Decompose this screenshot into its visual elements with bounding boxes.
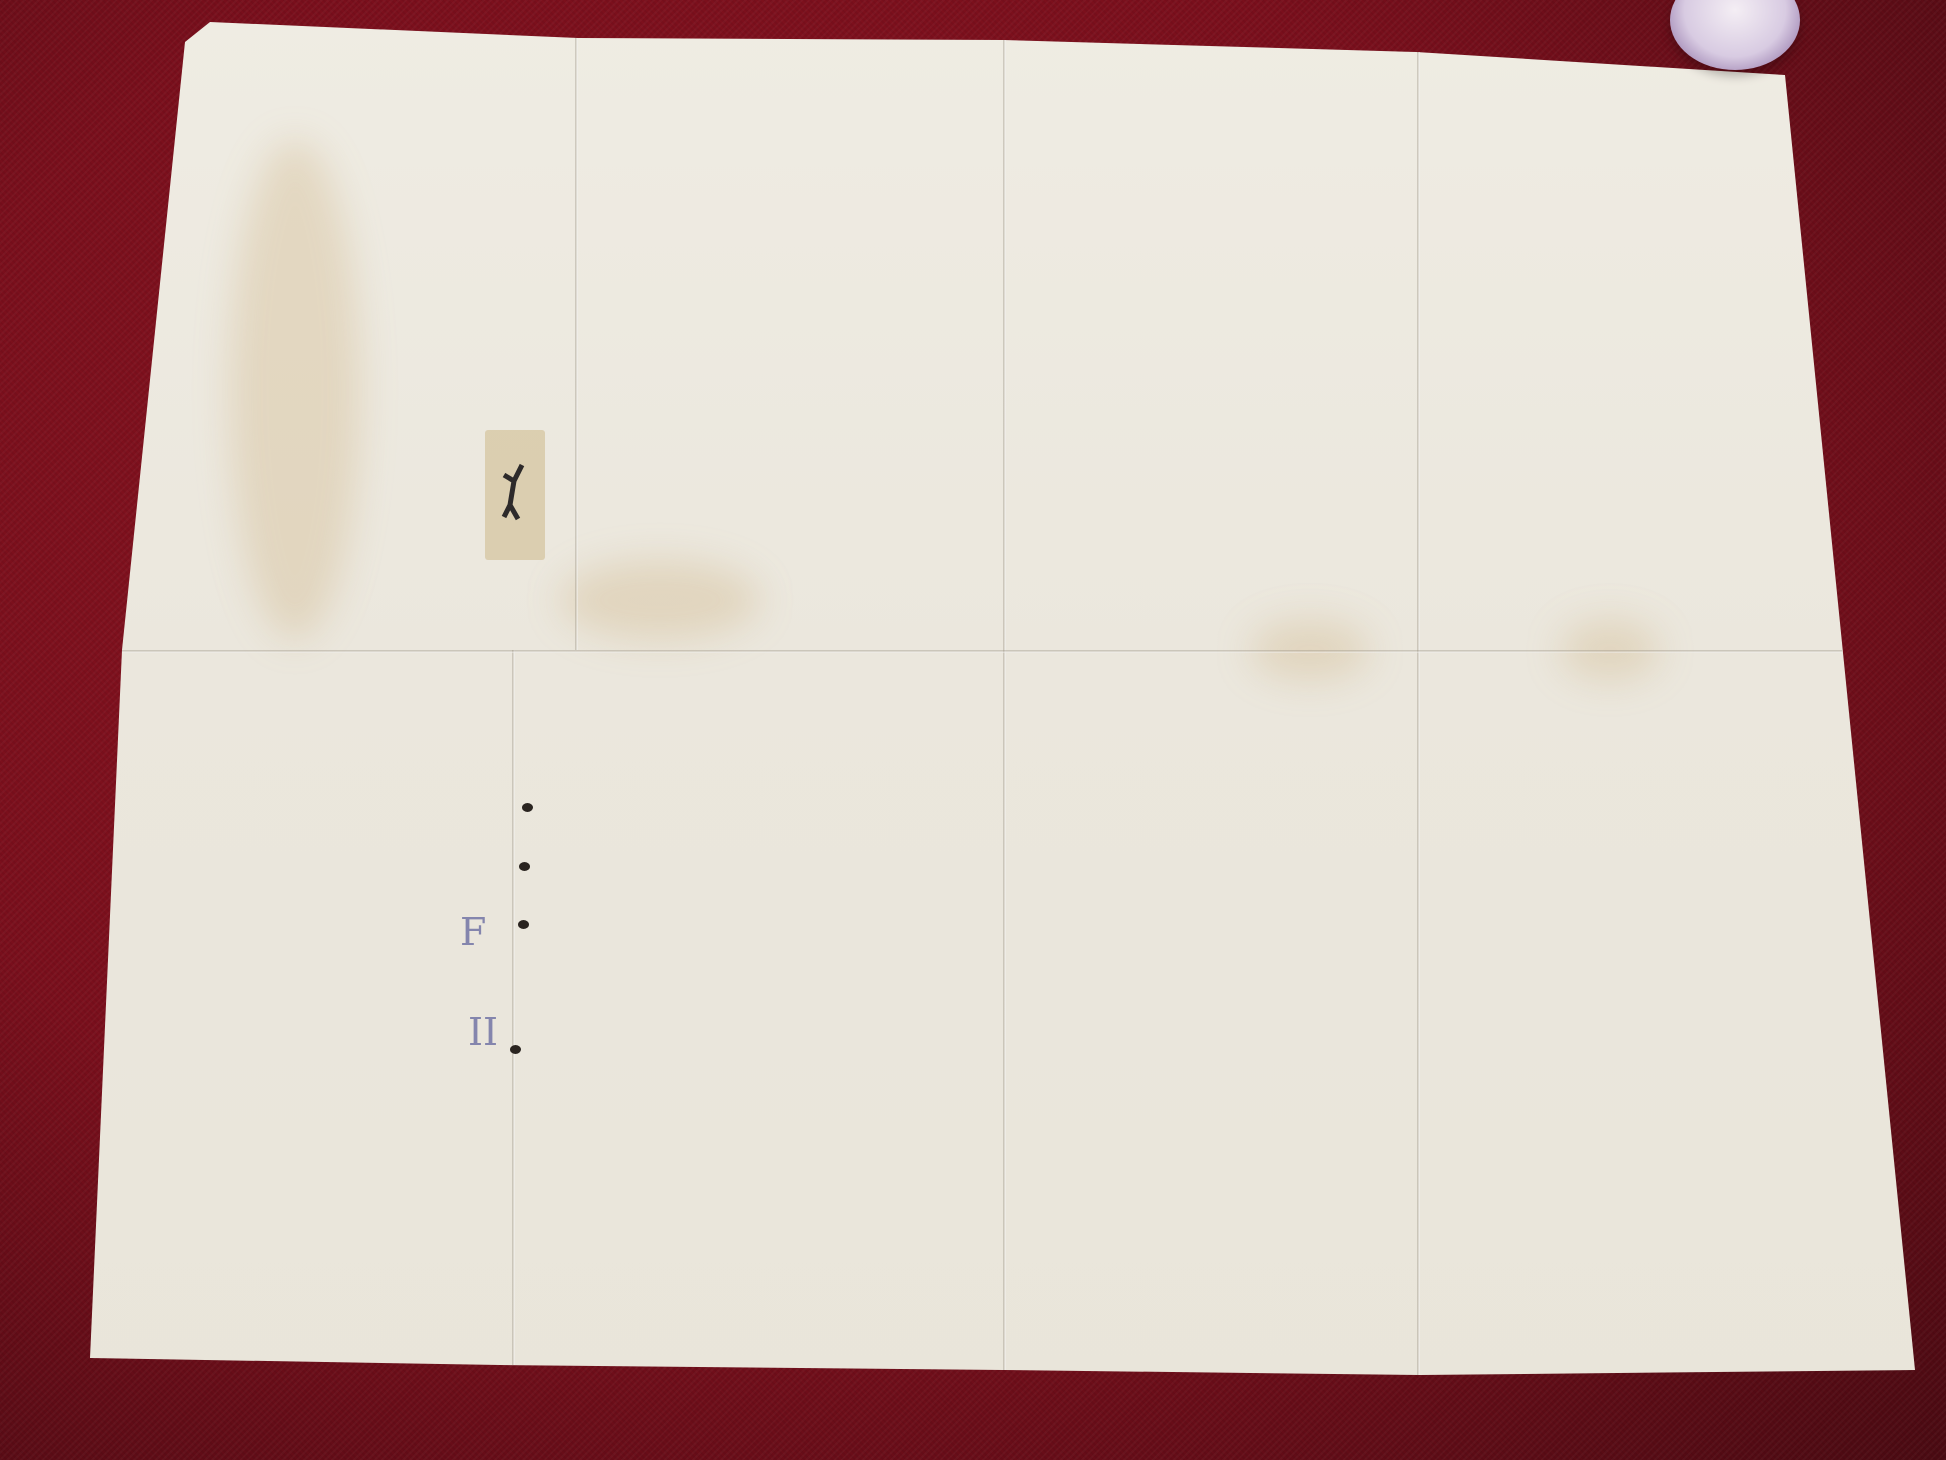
fold-horizontal xyxy=(122,650,1842,653)
handwritten-numeral: II xyxy=(468,1010,498,1054)
stain-arc xyxy=(560,560,760,640)
fold-vertical-2 xyxy=(1003,40,1006,1370)
fold-vertical-1 xyxy=(575,38,578,650)
poster: F II xyxy=(0,0,1946,1460)
pin-hole-4 xyxy=(510,1045,521,1054)
pin-hole-1 xyxy=(522,803,533,812)
fold-vertical-3 xyxy=(1417,52,1420,1375)
fold-vertical-1b xyxy=(512,650,515,1365)
handwritten-letter: F xyxy=(460,910,486,954)
glass-paperweight xyxy=(1670,0,1800,70)
pin-hole-2 xyxy=(519,862,530,871)
pin-hole-3 xyxy=(518,920,529,929)
stain-left xyxy=(230,140,360,640)
tape-ink-mark-icon xyxy=(500,455,530,535)
